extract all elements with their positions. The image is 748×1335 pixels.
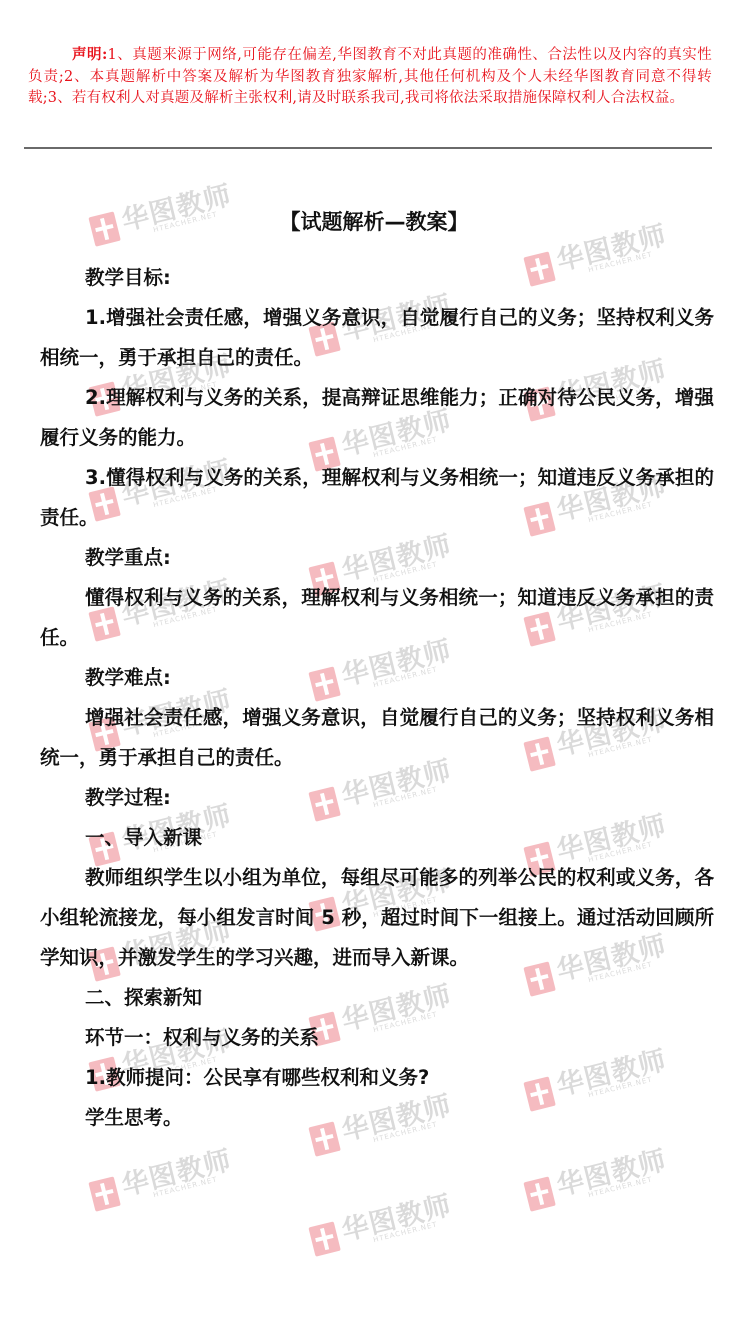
watermark: 华图教师HTEACHER.NET [305,1178,465,1273]
objective-2: 2.理解权利与义务的关系，提高辩证思维能力；正确对待公民义务，增强履行义务的能力… [40,378,714,458]
question-1: 1.教师提问：公民享有哪些权利和义务? [40,1058,714,1098]
divider-rule [24,147,712,149]
document-page: 声明:1、真题来源于网络,可能存在偏差,华图教育不对此真题的准确性、合法性以及内… [0,0,748,1335]
difficulties-heading: 教学难点: [40,658,714,698]
page-title: 【试题解析—教案】 [0,206,748,236]
objective-3: 3.懂得权利与义务的关系，理解权利与义务相统一；知道违反义务承担的责任。 [40,458,714,538]
disclaimer-text: 1、真题来源于网络,可能存在偏差,华图教育不对此真题的准确性、合法性以及内容的真… [28,47,712,106]
watermark-logo-icon [523,1176,555,1211]
disclaimer-lead: 声明: [72,46,108,63]
step2-heading: 二、探索新知 [40,978,714,1018]
watermark-logo-icon [308,1221,340,1256]
watermark: 华图教师HTEACHER.NET [520,1133,680,1228]
process-heading: 教学过程: [40,778,714,818]
segment1-heading: 环节一：权利与义务的关系 [40,1018,714,1058]
objectives-heading: 教学目标: [40,258,714,298]
student-action: 学生思考。 [40,1098,714,1138]
disclaimer: 声明:1、真题来源于网络,可能存在偏差,华图教育不对此真题的准确性、合法性以及内… [28,44,712,110]
lesson-plan-body: 教学目标: 1.增强社会责任感，增强义务意识，自觉履行自己的义务；坚持权利义务相… [40,258,714,1138]
difficulties-text: 增强社会责任感，增强义务意识，自觉履行自己的义务；坚持权利义务相统一，勇于承担自… [40,698,714,778]
step1-heading: 一、导入新课 [40,818,714,858]
watermark-logo-icon [88,1176,120,1211]
key-points-text: 懂得权利与义务的关系，理解权利与义务相统一；知道违反义务承担的责任。 [40,578,714,658]
watermark: 华图教师HTEACHER.NET [85,1133,245,1228]
key-points-heading: 教学重点: [40,538,714,578]
objective-1: 1.增强社会责任感，增强义务意识，自觉履行自己的义务；坚持权利义务相统一，勇于承… [40,298,714,378]
step1-text: 教师组织学生以小组为单位，每组尽可能多的列举公民的权利或义务，各小组轮流接龙，每… [40,858,714,978]
